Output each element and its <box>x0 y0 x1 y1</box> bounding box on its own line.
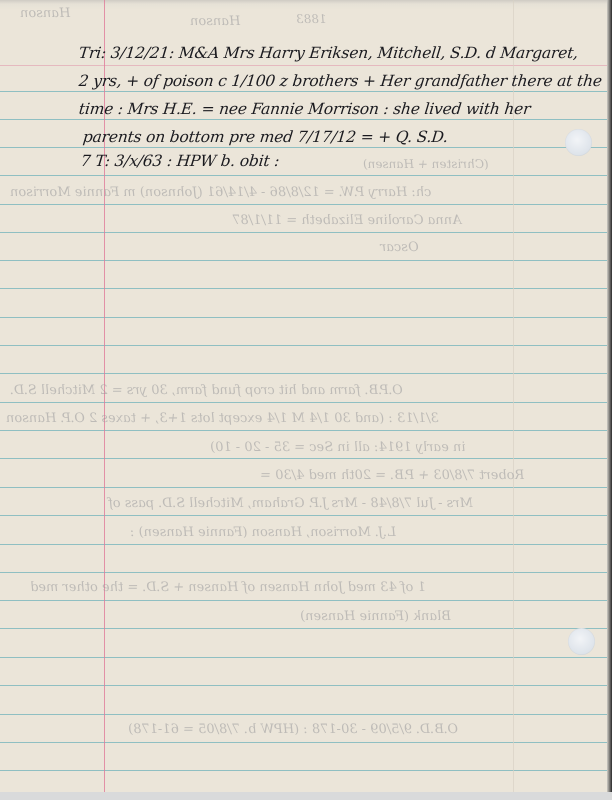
ruled-line <box>0 91 607 92</box>
paper-crease <box>513 0 514 792</box>
ruled-line <box>0 175 607 176</box>
hole-punch-top <box>565 129 592 156</box>
bleed-through-line: L.J. Morrison, Hanson (Fannie Hansen) : <box>129 525 397 540</box>
ruled-line <box>0 657 607 658</box>
ruled-line <box>0 458 607 459</box>
scanned-page: Hanson Hanson 1883 (Christen + Hansen) c… <box>0 0 612 800</box>
bleed-through-line: O.B.D. 9/5/09 - 30-178 : (HPW b. 7/8/05 … <box>127 722 458 737</box>
bleed-through-header-center: Hanson <box>189 14 241 29</box>
ruled-line <box>0 628 607 629</box>
ruled-line <box>0 232 607 233</box>
bleed-through-line: (Christen + Hansen) <box>362 157 489 171</box>
bleed-through-line: 3/1/13 : (and 30 1/4 M 1/4 except lots 1… <box>5 411 439 426</box>
ruled-line <box>0 742 607 743</box>
ruled-line <box>0 487 607 488</box>
handwritten-line-4: parents on bottom pre med 7/17/12 = + Q.… <box>82 128 449 146</box>
notebook-paper: Hanson Hanson 1883 (Christen + Hansen) c… <box>0 0 607 792</box>
handwritten-line-2: 2 yrs, + of poison c 1/100 z brothers + … <box>78 72 603 90</box>
bleed-through-header-right: 1883 <box>295 12 327 26</box>
ruled-line <box>0 572 607 573</box>
ruled-line <box>0 402 607 403</box>
bleed-through-line: Robert 7/8/03 + P.B. = 20th med 4/30 = <box>259 468 525 483</box>
handwritten-line-5: 7 T: 3/x/63 : HPW b. obit : <box>80 152 280 170</box>
ruled-line <box>0 600 607 601</box>
ruled-line <box>0 714 607 715</box>
bleed-through-line: 1 of 43 med John Hansen of Hansen + S.D.… <box>29 580 426 595</box>
ruled-line <box>0 770 607 771</box>
bleed-through-line: O.P.B. farm and hit crop fund farm, 30 y… <box>9 383 403 398</box>
handwritten-line-1: Tri: 3/12/21: M&A Mrs Harry Eriksen, Mit… <box>78 44 579 62</box>
bleed-through-line: Blank (Fannie Hansen) <box>299 609 451 624</box>
ruled-line <box>0 345 607 346</box>
bleed-through-line: Anna Caroline Elizabeth = 11/1/87 <box>231 213 462 228</box>
ruled-line <box>0 544 607 545</box>
ruled-line <box>0 288 607 289</box>
handwritten-line-3: time : Mrs H.E. = nee Fannie Morrison : … <box>78 100 531 118</box>
ruled-line <box>0 317 607 318</box>
ruled-line <box>0 430 607 431</box>
ruled-line <box>0 685 607 686</box>
ruled-line <box>0 204 607 205</box>
ruled-line <box>0 515 607 516</box>
bleed-through-line: ch: Harry P.W. = 12/8/86 - 4/14/61 (John… <box>9 185 432 200</box>
bleed-through-line: in early 1914: all in Sec = 35 - 20 - 10… <box>209 440 466 455</box>
bleed-through-header-left: Hanson <box>19 6 71 21</box>
ruled-line <box>0 147 607 148</box>
ruled-line <box>0 260 607 261</box>
hole-punch-bottom <box>568 628 595 655</box>
ruled-line <box>0 373 607 374</box>
bleed-through-line: Mrs - Jul 7/8/48 - Mrs J.P. Graham, Mitc… <box>107 496 473 511</box>
scan-edge <box>607 0 612 792</box>
bleed-through-line: Oscar <box>379 240 419 255</box>
ruled-line <box>0 119 607 120</box>
header-rule <box>0 65 607 66</box>
